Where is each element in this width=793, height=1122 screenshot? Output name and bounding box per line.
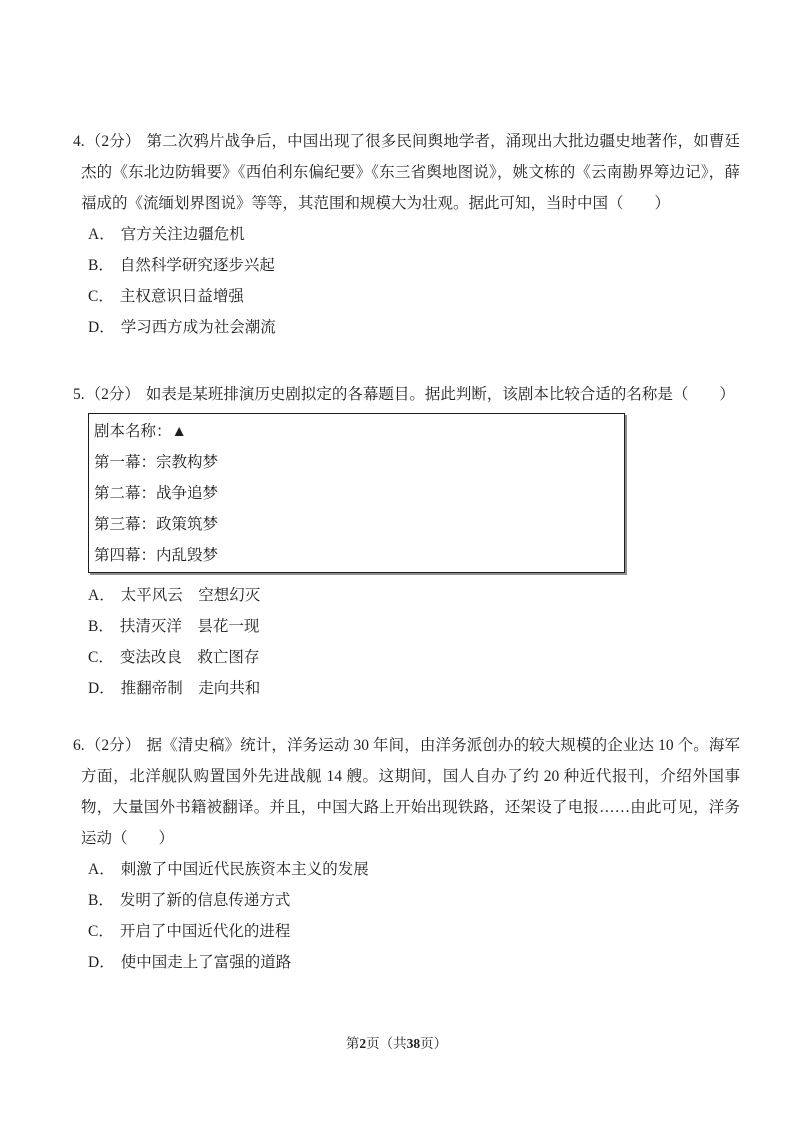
option-text: 推翻帝制 走向共和 [121, 680, 261, 697]
option-label: A． [88, 861, 115, 878]
footer-suffix: 页） [420, 1036, 447, 1051]
option-label: B． [88, 618, 114, 635]
option-label: D． [88, 319, 115, 336]
question-score: （2分） [86, 133, 141, 150]
option-label: A． [88, 587, 115, 604]
footer-middle: 页（共 [366, 1036, 407, 1051]
question-stem-text: 如表是某班排演历史剧拟定的各幕题目。据此判断，该剧本比较合适的名称是（ ） [146, 386, 735, 403]
footer-prefix: 第 [346, 1036, 360, 1051]
option-label: C． [88, 288, 114, 305]
question-number: 6. [73, 737, 85, 754]
option-text: 开启了中国近代化的进程 [120, 923, 291, 940]
option-label: A． [88, 226, 115, 243]
option-text: 自然科学研究逐步兴起 [120, 257, 275, 274]
question-5-stem: 5.（2分）如表是某班排演历史剧拟定的各幕题目。据此判断，该剧本比较合适的名称是… [73, 379, 740, 410]
option-row: B．自然科学研究逐步兴起 [88, 250, 740, 281]
exam-page: 4.（2分）第二次鸦片战争后，中国出现了很多民间舆地学者，涌现出大批边疆史地著作… [0, 0, 793, 1122]
option-text: 官方关注边疆危机 [121, 226, 245, 243]
question-4-options: A．官方关注边疆危机 B．自然科学研究逐步兴起 C．主权意识日益增强 D．学习西… [88, 219, 740, 343]
question-stem-text: 据《清史稿》统计，洋务运动 30 年间，由洋务派创办的较大规模的企业达 10 个… [81, 737, 740, 847]
option-row: A．太平风云 空想幻灭 [88, 580, 740, 611]
question-number: 4. [73, 133, 85, 150]
question-5: 5.（2分）如表是某班排演历史剧拟定的各幕题目。据此判断，该剧本比较合适的名称是… [73, 379, 740, 704]
table-row: 第二幕：战争追梦 [94, 478, 616, 509]
question-5-options: A．太平风云 空想幻灭 B．扶清灭洋 昙花一现 C．变法改良 救亡图存 D．推翻… [88, 580, 740, 704]
table-row: 第一幕：宗教构梦 [94, 447, 616, 478]
option-text: 学习西方成为社会潮流 [121, 319, 276, 336]
table-row: 第四幕：内乱毁梦 [94, 540, 616, 571]
option-row: C．开启了中国近代化的进程 [88, 916, 740, 947]
question-6-options: A．刺激了中国近代民族资本主义的发展 B．发明了新的信息传递方式 C．开启了中国… [88, 854, 740, 978]
question-score: （2分） [86, 386, 140, 403]
page-footer: 第2页（共38页） [0, 1032, 793, 1052]
option-row: A．官方关注边疆危机 [88, 219, 740, 250]
question-6: 6.（2分）据《清史稿》统计，洋务运动 30 年间，由洋务派创办的较大规模的企业… [73, 730, 740, 978]
option-row: B．扶清灭洋 昙花一现 [88, 611, 740, 642]
option-text: 扶清灭洋 昙花一现 [120, 618, 260, 635]
question-4: 4.（2分）第二次鸦片战争后，中国出现了很多民间舆地学者，涌现出大批边疆史地著作… [73, 126, 740, 343]
option-row: C．变法改良 救亡图存 [88, 642, 740, 673]
option-row: D．推翻帝制 走向共和 [88, 673, 740, 704]
option-row: B．发明了新的信息传递方式 [88, 885, 740, 916]
script-table: 剧本名称：▲ 第一幕：宗教构梦 第二幕：战争追梦 第三幕：政策筑梦 第四幕：内乱… [88, 413, 625, 573]
question-score: （2分） [86, 737, 141, 754]
option-text: 太平风云 空想幻灭 [121, 587, 261, 604]
option-label: D． [88, 680, 115, 697]
option-label: D． [88, 954, 115, 971]
option-label: B． [88, 892, 114, 909]
table-row: 剧本名称：▲ [94, 416, 616, 447]
total-pages: 38 [407, 1036, 421, 1051]
question-number: 5. [73, 386, 85, 403]
option-label: C． [88, 923, 114, 940]
option-text: 变法改良 救亡图存 [120, 649, 260, 666]
question-6-stem: 6.（2分）据《清史稿》统计，洋务运动 30 年间，由洋务派创办的较大规模的企业… [73, 730, 740, 854]
option-row: D．学习西方成为社会潮流 [88, 312, 740, 343]
option-text: 刺激了中国近代民族资本主义的发展 [121, 861, 369, 878]
option-text: 使中国走上了富强的道路 [121, 954, 292, 971]
question-4-stem: 4.（2分）第二次鸦片战争后，中国出现了很多民间舆地学者，涌现出大批边疆史地著作… [73, 126, 740, 219]
option-row: A．刺激了中国近代民族资本主义的发展 [88, 854, 740, 885]
option-text: 主权意识日益增强 [120, 288, 244, 305]
option-text: 发明了新的信息传递方式 [120, 892, 291, 909]
question-stem-text: 第二次鸦片战争后，中国出现了很多民间舆地学者，涌现出大批边疆史地著作，如曹廷杰的… [81, 133, 740, 212]
option-row: C．主权意识日益增强 [88, 281, 740, 312]
option-label: B． [88, 257, 114, 274]
option-row: D．使中国走上了富强的道路 [88, 947, 740, 978]
table-row: 第三幕：政策筑梦 [94, 509, 616, 540]
option-label: C． [88, 649, 114, 666]
